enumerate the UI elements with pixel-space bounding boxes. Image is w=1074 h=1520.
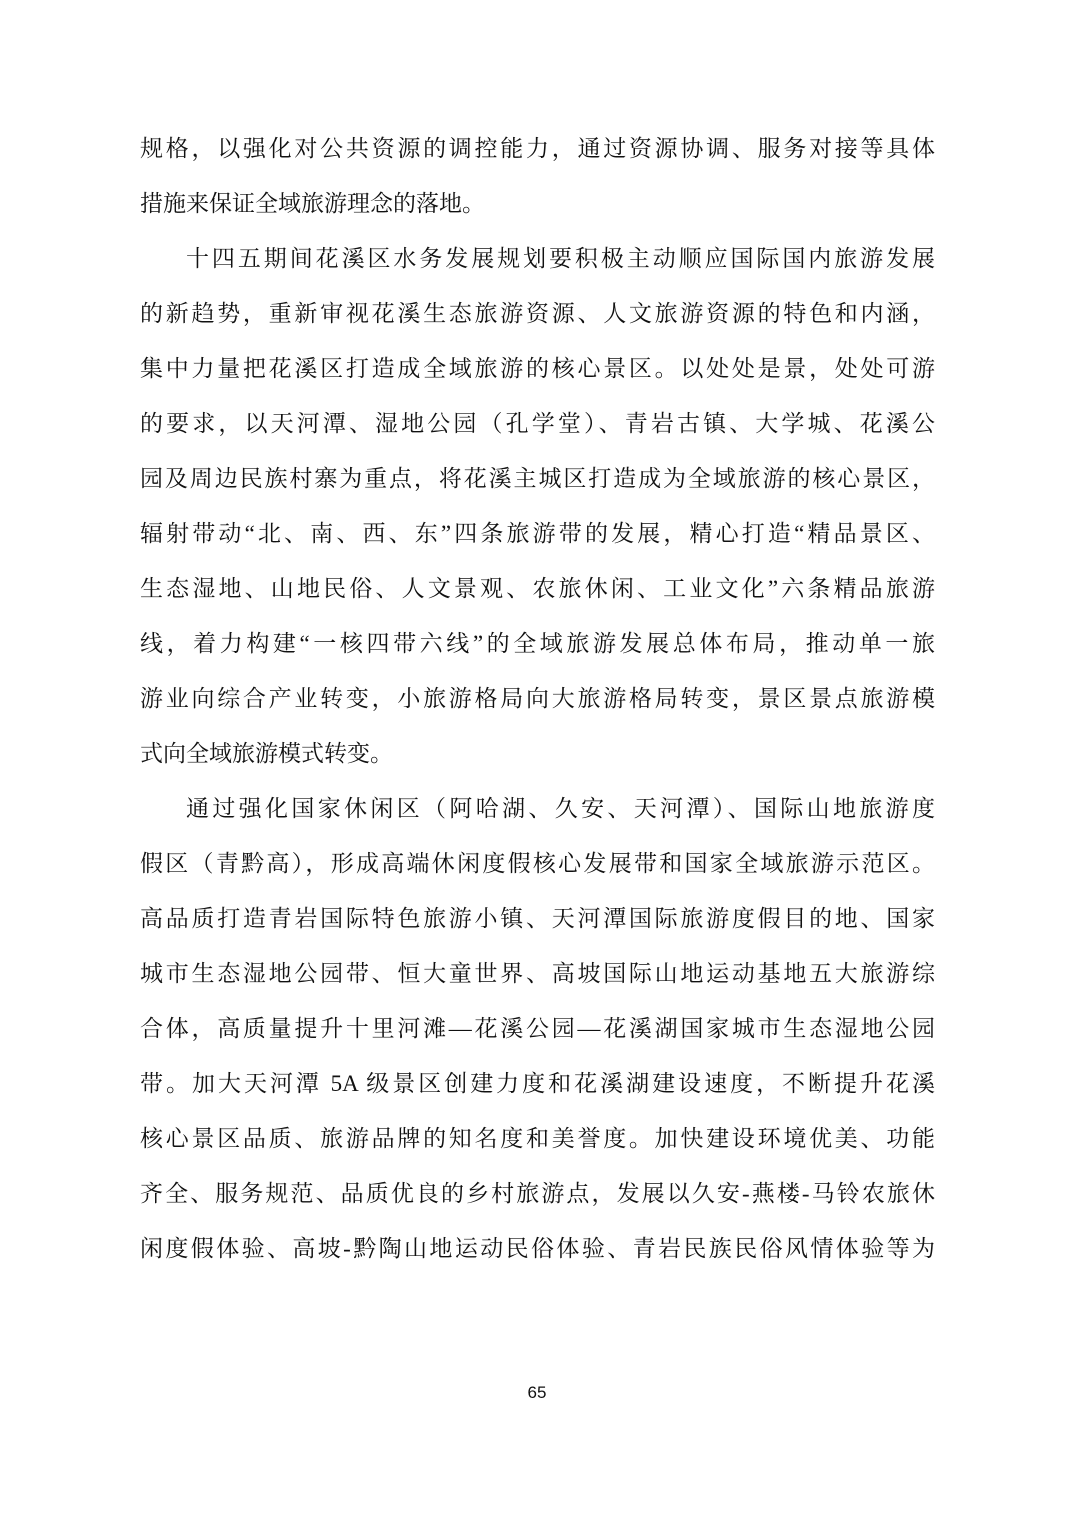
text-line: 齐全、服务规范、品质优良的乡村旅游点，发展以久安-燕楼-马铃农旅休 [140,1166,935,1221]
page-number: 65 [0,1383,1074,1403]
text-line: 规格，以强化对公共资源的调控能力，通过资源协调、服务对接等具体 [140,121,935,176]
text-line: 十四五期间花溪区水务发展规划要积极主动顺应国际国内旅游发展 [140,231,935,286]
text-line: 闲度假体验、高坡-黔陶山地运动民俗体验、青岩民族民俗风情体验等为 [140,1221,935,1276]
document-body: 规格，以强化对公共资源的调控能力，通过资源协调、服务对接等具体措施来保证全域旅游… [140,121,935,1276]
text-line: 城市生态湿地公园带、恒大童世界、高坡国际山地运动基地五大旅游综 [140,946,935,1001]
text-line: 生态湿地、山地民俗、人文景观、农旅休闲、工业文化”六条精品旅游 [140,561,935,616]
text-line: 园及周边民族村寨为重点，将花溪主城区打造成为全域旅游的核心景区， [140,451,935,506]
text-line: 线，着力构建“一核四带六线”的全域旅游发展总体布局，推动单一旅 [140,616,935,671]
text-line: 辐射带动“北、南、西、东”四条旅游带的发展，精心打造“精品景区、 [140,506,935,561]
text-line: 核心景区品质、旅游品牌的知名度和美誉度。加快建设环境优美、功能 [140,1111,935,1166]
paragraph: 十四五期间花溪区水务发展规划要积极主动顺应国际国内旅游发展的新趋势，重新审视花溪… [140,231,935,781]
text-line: 的新趋势，重新审视花溪生态旅游资源、人文旅游资源的特色和内涵， [140,286,935,341]
text-line: 游业向综合产业转变，小旅游格局向大旅游格局转变，景区景点旅游模 [140,671,935,726]
text-line: 通过强化国家休闲区（阿哈湖、久安、天河潭）、国际山地旅游度 [140,781,935,836]
text-line: 假区（青黔高），形成高端休闲度假核心发展带和国家全域旅游示范区。 [140,836,935,891]
document-page: 规格，以强化对公共资源的调控能力，通过资源协调、服务对接等具体措施来保证全域旅游… [0,0,1074,1520]
text-line: 高品质打造青岩国际特色旅游小镇、天河潭国际旅游度假目的地、国家 [140,891,935,946]
text-line: 式向全域旅游模式转变。 [140,726,935,781]
text-line: 带。加大天河潭 5A 级景区创建力度和花溪湖建设速度，不断提升花溪 [140,1056,935,1111]
text-line: 措施来保证全域旅游理念的落地。 [140,176,935,231]
paragraph: 通过强化国家休闲区（阿哈湖、久安、天河潭）、国际山地旅游度假区（青黔高），形成高… [140,781,935,1276]
text-line: 合体，高质量提升十里河滩—花溪公园—花溪湖国家城市生态湿地公园 [140,1001,935,1056]
text-line: 集中力量把花溪区打造成全域旅游的核心景区。以处处是景，处处可游 [140,341,935,396]
text-line: 的要求，以天河潭、湿地公园（孔学堂）、青岩古镇、大学城、花溪公 [140,396,935,451]
paragraph: 规格，以强化对公共资源的调控能力，通过资源协调、服务对接等具体措施来保证全域旅游… [140,121,935,231]
